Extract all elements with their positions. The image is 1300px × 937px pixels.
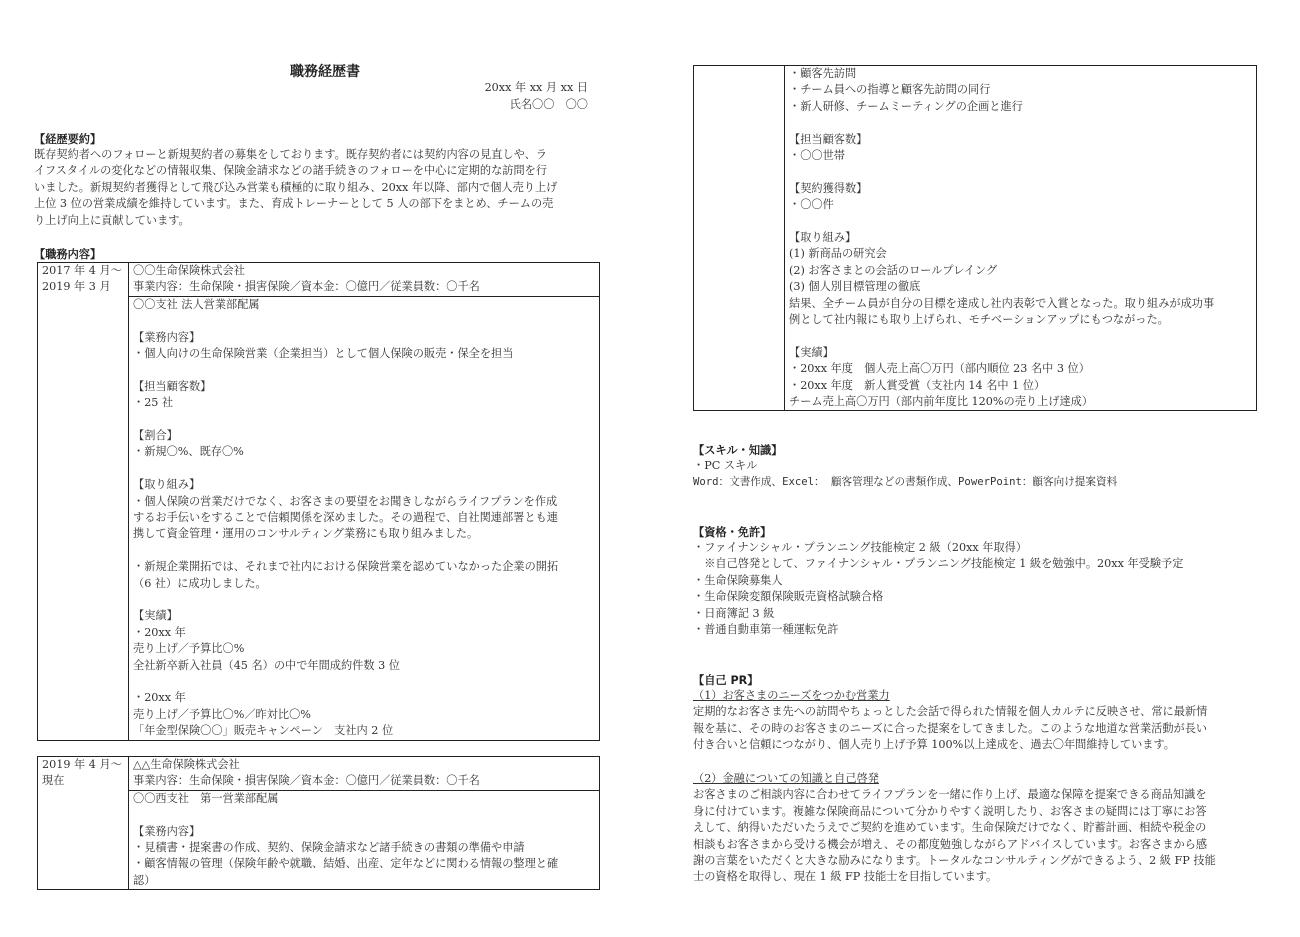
- detail-line: 「年金型保険〇〇」販売キャンペーン 支社内 2 位: [133, 723, 597, 739]
- self-pr-line: 身に付けています。複雑な保険商品について分かりやすく説明したり、お客さまの疑問に…: [693, 804, 1216, 820]
- spacer: [789, 115, 1254, 131]
- spacer: [133, 807, 597, 823]
- detail-heading: 【担当顧客数】: [789, 132, 1254, 148]
- detail-line: 携して資金管理・運用のコンサルティング業務にも取り組みました。: [133, 526, 597, 542]
- spacer: [789, 328, 1254, 344]
- detail-line: ・チーム員への指導と顧客先訪問の同行: [789, 82, 1254, 98]
- period-end: 2019 年 3 月: [42, 279, 126, 295]
- detail-line: ・25 社: [133, 395, 597, 411]
- detail-line: ・顧客情報の管理（保険年齢や就職、結婚、出産、定年などに関わる情報の整理と確: [133, 856, 597, 872]
- license-item: ・普通自動車第一種運転免許: [693, 622, 1183, 638]
- self-pr-item-2: （2）金融についての知識と自己啓発 お客さまのご相談内容に合わせてライフプランを…: [693, 771, 1216, 886]
- detail-line: 売り上げ／予算比〇%: [133, 641, 597, 657]
- job-table-2: 2019 年 4 月～ 現在 △△生命保険株式会社 事業内容：生命保険・損害保険…: [37, 756, 600, 890]
- self-pr-line: 定期的なお客さま先への訪問やちょっとした会話で得られた情報を個人カルテに反映させ…: [693, 704, 1207, 720]
- detail-line: ・20xx 年度 個人売上高〇万円（部内順位 23 名中 3 位）: [789, 361, 1254, 377]
- skills-line: ・PC スキル: [693, 458, 1117, 474]
- self-pr-line: 謝の言葉をいただくと大きな励みになります。トータルなコンサルティングができるよう…: [693, 853, 1216, 869]
- detail-line: ・〇〇世帯: [789, 148, 1254, 164]
- self-pr-subtitle: （2）金融についての知識と自己啓発: [693, 771, 1216, 787]
- job-details: 〇〇支社 法人営業部配属【業務内容】・個人向けの生命保険営業（企業担当）として個…: [129, 296, 600, 740]
- summary-line: いました。新規契約者獲得として飛び込み営業も積極的に取り組み、20xx 年以降、…: [34, 180, 604, 196]
- document-meta: 20xx 年 xx 月 xx 日 氏名〇〇 〇〇: [485, 80, 588, 113]
- detail-line: するお手伝いをすることで信頼関係を深めました。その過程で、自社関連部署とも連: [133, 510, 597, 526]
- period-start: 2017 年 4 月～: [42, 263, 126, 279]
- summary-line: 上位 3 位の営業成績を維持しています。また、育成トレーナーとして 5 人の部下…: [34, 196, 604, 212]
- detail-line: ・顧客先訪問: [789, 66, 1254, 82]
- detail-line: ・新規〇%、既存〇%: [133, 444, 597, 460]
- job-details: ・顧客先訪問・チーム員への指導と顧客先訪問の同行・新人研修、チームミーティングの…: [785, 66, 1257, 411]
- period-end: 現在: [42, 773, 126, 789]
- detail-heading: 【取り組み】: [133, 477, 597, 493]
- job-details: 〇〇西支社 第一営業部配属【業務内容】・見積書・提案書の作成、契約、保険金請求な…: [129, 790, 600, 889]
- detail-line: (2) お客さまとの会話のロールプレイング: [789, 263, 1254, 279]
- detail-line: ・〇〇件: [789, 197, 1254, 213]
- detail-line: ・20xx 年: [133, 690, 597, 706]
- self-pr-line: 士の資格を取得し、現在 1 級 FP 技能士を目指しています。: [693, 869, 1216, 885]
- licenses-heading: 【資格・免許】: [693, 524, 771, 540]
- spacer: [133, 674, 597, 690]
- detail-heading: 【取り組み】: [789, 230, 1254, 246]
- detail-line: 売り上げ／予算比〇%／昨対比〇%: [133, 707, 597, 723]
- detail-line: ・新人研修、チームミーティングの企画と進行: [789, 99, 1254, 115]
- spacer: [133, 543, 597, 559]
- detail-line: ・個人向けの生命保険営業（企業担当）として個人保険の販売・保全を担当: [133, 346, 597, 362]
- detail-heading: 【実績】: [789, 345, 1254, 361]
- self-pr-line: 相談もお客さまから受ける機会が増え、その都度勉強しながらアドバイスしています。お…: [693, 837, 1216, 853]
- detail-line: ・個人保険の営業だけでなく、お客さまの要望をお聞きしながらライフプランを作成: [133, 494, 597, 510]
- job-table-2-continued: ・顧客先訪問・チーム員への指導と顧客先訪問の同行・新人研修、チームミーティングの…: [693, 65, 1257, 411]
- job-table-1: 2017 年 4 月～ 2019 年 3 月 〇〇生命保険株式会社 事業内容：生…: [37, 262, 600, 741]
- license-item: ・ファイナンシャル・プランニング技能検定 2 級（20xx 年取得）: [693, 540, 1183, 556]
- page-2: ・顧客先訪問・チーム員への指導と顧客先訪問の同行・新人研修、チームミーティングの…: [650, 0, 1300, 937]
- job-period: 2019 年 4 月～ 現在: [38, 757, 129, 890]
- self-pr-heading: 【自己 PR】: [693, 672, 758, 688]
- detail-line: 結果、全チーム員が自分の目標を達成し社内表彰で入賞となった。取り組みが成功事: [789, 296, 1254, 312]
- job-period-empty: [694, 66, 785, 411]
- license-item: ・日商簿記 3 級: [693, 606, 1183, 622]
- document-name: 氏名〇〇 〇〇: [485, 97, 588, 114]
- detail-heading: 【割合】: [133, 428, 597, 444]
- detail-line: ・新規企業開拓では、それまで社内における保険営業を認めていなかった企業の開拓: [133, 559, 597, 575]
- self-pr-line: 報を基に、その時のお客さまのニーズに合った提案をしてきました。このような地道な営…: [693, 721, 1207, 737]
- spacer: [133, 461, 597, 477]
- skills-line: Word：文書作成、Excel： 顧客管理などの書類作成、PowerPoint：…: [693, 474, 1117, 490]
- self-pr-line: えして、納得いただいたうえでご契約を進めています。生命保険だけでなく、貯蓄計画、…: [693, 820, 1216, 836]
- licenses-list: ・ファイナンシャル・プランニング技能検定 2 級（20xx 年取得） ※自己啓発…: [693, 540, 1183, 638]
- spacer: [789, 164, 1254, 180]
- company-business: 事業内容：生命保険・損害保険／資本金：〇億円／従業員数：〇千名: [133, 279, 597, 295]
- license-note: ※自己啓発として、ファイナンシャル・プランニング技能検定 1 級を勉強中。20x…: [693, 556, 1183, 572]
- detail-line: 認）: [133, 873, 597, 889]
- company-name: △△生命保険株式会社: [133, 757, 597, 773]
- detail-line: 〇〇支社 法人営業部配属: [133, 297, 597, 313]
- company-cell: 〇〇生命保険株式会社 事業内容：生命保険・損害保険／資本金：〇億円／従業員数：〇…: [129, 263, 600, 297]
- company-name: 〇〇生命保険株式会社: [133, 263, 597, 279]
- spacer: [133, 592, 597, 608]
- detail-line: 全社新卒新入社員（45 名）の中で年間成約件数 3 位: [133, 658, 597, 674]
- detail-heading: 【実績】: [133, 608, 597, 624]
- self-pr-line: 付き合いと信頼につながり、個人売り上げ予算 100%以上達成を、過去〇年間維持し…: [693, 737, 1207, 753]
- page-1: 職務経歴書 20xx 年 xx 月 xx 日 氏名〇〇 〇〇 【経歴要約】 既存…: [0, 0, 650, 937]
- summary-line: イフスタイルの変化などの情報収集、保険金請求などの諸手続きのフォローを中心に定期…: [34, 163, 604, 179]
- detail-line: ・20xx 年: [133, 625, 597, 641]
- detail-line: チーム売上高〇万円（部内前年度比 120%の売り上げ達成）: [789, 394, 1254, 410]
- summary-heading: 【経歴要約】: [34, 131, 101, 147]
- detail-line: 例として社内報にも取り上げられ、モチベーションアップにもつながった。: [789, 312, 1254, 328]
- skills-text: ・PC スキル Word：文書作成、Excel： 顧客管理などの書類作成、Pow…: [693, 458, 1117, 491]
- self-pr-subtitle: （1）お客さまのニーズをつかむ営業力: [693, 688, 1207, 704]
- detail-line: ・20xx 年度 新人賞受賞（支社内 14 名中 1 位）: [789, 378, 1254, 394]
- license-item: ・生命保険変額保険販売資格試験合格: [693, 589, 1183, 605]
- job-period: 2017 年 4 月～ 2019 年 3 月: [38, 263, 129, 741]
- detail-heading: 【業務内容】: [133, 330, 597, 346]
- document-title: 職務経歴書: [0, 61, 650, 81]
- company-business: 事業内容：生命保険・損害保険／資本金：〇億円／従業員数：〇千名: [133, 773, 597, 789]
- summary-line: り上げ向上に貢献しています。: [34, 213, 604, 229]
- detail-line: (3) 個人別目標管理の徹底: [789, 279, 1254, 295]
- spacer: [133, 412, 597, 428]
- license-item: ・生命保険募集人: [693, 573, 1183, 589]
- detail-line: ・見積書・提案書の作成、契約、保険金請求など諸手続きの書類の準備や申請: [133, 840, 597, 856]
- summary-text: 既存契約者へのフォローと新規契約者の募集をしております。既存契約者には契約内容の…: [34, 147, 604, 229]
- company-cell: △△生命保険株式会社 事業内容：生命保険・損害保険／資本金：〇億円／従業員数：〇…: [129, 757, 600, 791]
- job-history-heading: 【職務内容】: [34, 246, 101, 262]
- detail-line: (1) 新商品の研究会: [789, 246, 1254, 262]
- document-date: 20xx 年 xx 月 xx 日: [485, 80, 588, 97]
- spacer: [789, 214, 1254, 230]
- summary-line: 既存契約者へのフォローと新規契約者の募集をしております。既存契約者には契約内容の…: [34, 147, 604, 163]
- self-pr-item-1: （1）お客さまのニーズをつかむ営業力 定期的なお客さま先への訪問やちょっとした会…: [693, 688, 1207, 754]
- spacer: [133, 362, 597, 378]
- detail-heading: 【業務内容】: [133, 824, 597, 840]
- detail-heading: 【契約獲得数】: [789, 181, 1254, 197]
- detail-heading: 【担当顧客数】: [133, 379, 597, 395]
- detail-line: 〇〇西支社 第一営業部配属: [133, 791, 597, 807]
- spacer: [133, 313, 597, 329]
- period-start: 2019 年 4 月～: [42, 757, 126, 773]
- skills-heading: 【スキル・知識】: [693, 442, 782, 458]
- self-pr-line: お客さまのご相談内容に合わせてライフプランを一緒に作り上げ、最適な保障を提案でき…: [693, 787, 1216, 803]
- detail-line: （6 社）に成功しました。: [133, 576, 597, 592]
